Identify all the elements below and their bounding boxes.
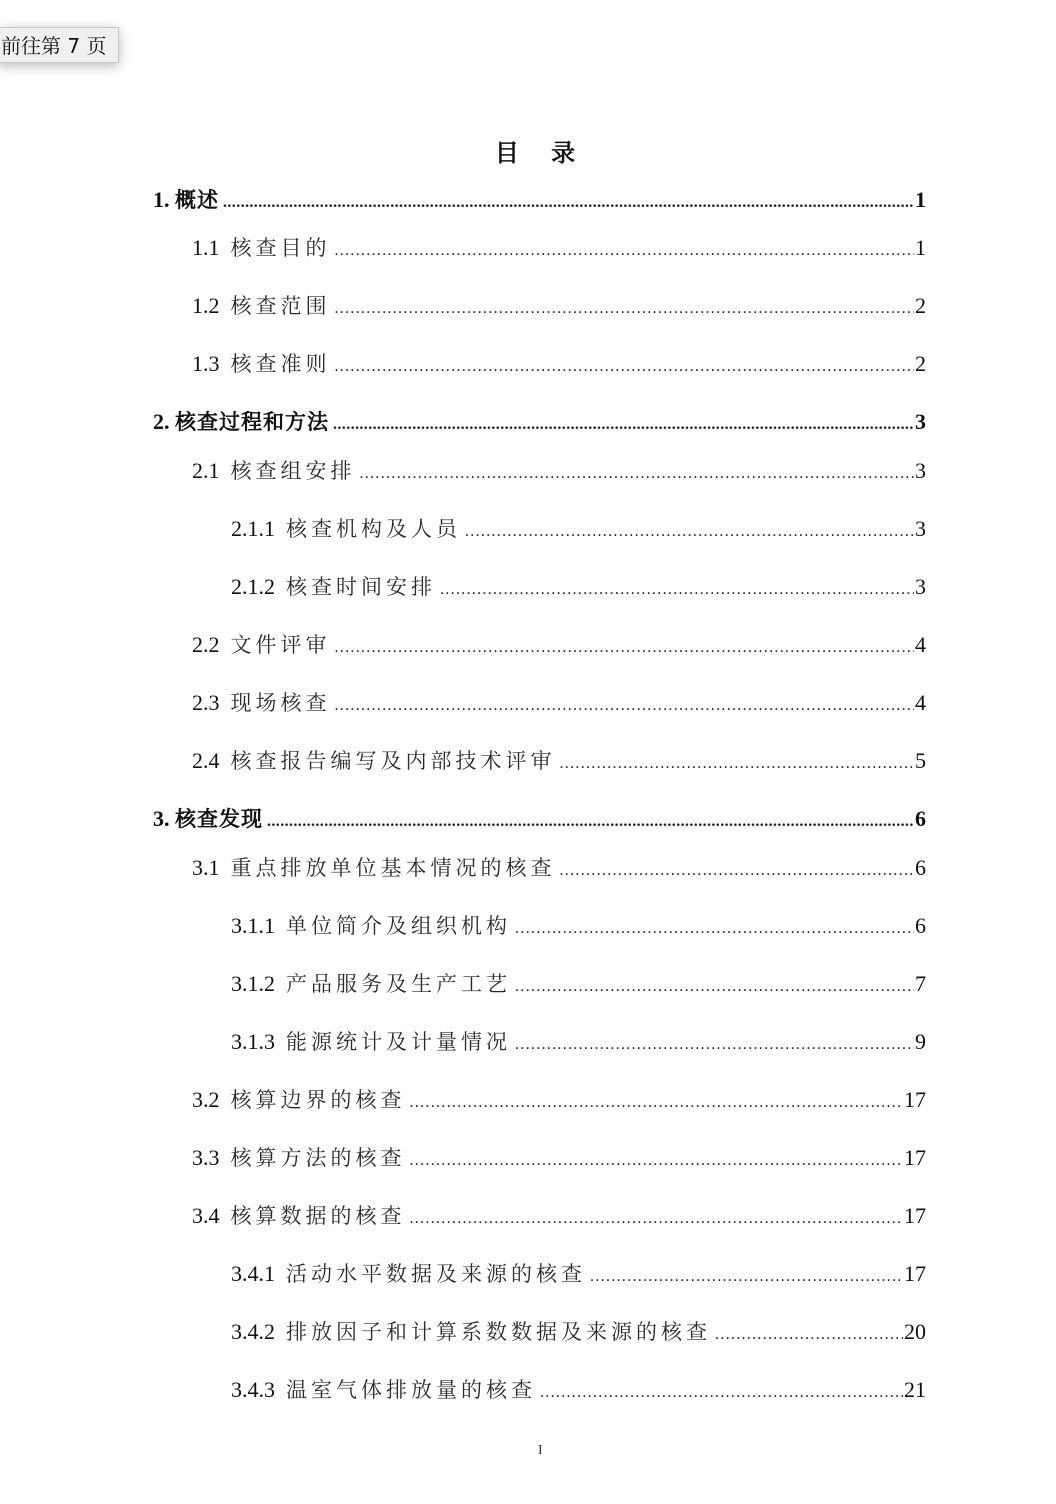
toc-entry-spacer xyxy=(220,745,231,777)
toc-dot-leader xyxy=(333,409,914,441)
toc-dot-leader xyxy=(410,1087,904,1119)
toc-title: 目 录 xyxy=(0,133,1056,168)
toc-entry-page: 17 xyxy=(904,1258,926,1290)
toc-entry[interactable]: 3.4.1 活动水平数据及来源的核查17 xyxy=(231,1258,926,1290)
toc-entry[interactable]: 1.2 核查范围2 xyxy=(192,290,926,322)
toc-dot-leader xyxy=(335,632,915,664)
toc-entry-title: 产品服务及生产工艺 xyxy=(286,968,511,1000)
toc-entry-title: 核查报告编写及内部技术评审 xyxy=(231,745,556,777)
toc-entry-title: 核查范围 xyxy=(231,290,331,322)
toc-entry-spacer xyxy=(275,1026,286,1058)
toc-entry-page: 6 xyxy=(915,852,926,884)
page-footer-number: I xyxy=(538,1444,542,1458)
toc-entry-number: 3.1.2 xyxy=(231,968,275,1000)
toc-entry-number: 3.4 xyxy=(192,1200,220,1232)
toc-entry-title: 核算方法的核查 xyxy=(231,1142,406,1174)
toc-entry-page: 17 xyxy=(904,1142,926,1174)
toc-entry-spacer xyxy=(220,1200,231,1232)
toc-entry-title: 核查机构及人员 xyxy=(286,513,461,545)
toc-entry[interactable]: 3.1.3 能源统计及计量情况9 xyxy=(231,1026,926,1058)
toc-entry[interactable]: 2.3 现场核查4 xyxy=(192,687,926,719)
toc-entry-title: 文件评审 xyxy=(231,629,331,661)
toc-entry-number: 3.4.3 xyxy=(231,1374,275,1406)
toc-entry[interactable]: 2.1.2 核查时间安排3 xyxy=(231,571,926,603)
toc-entry-spacer xyxy=(220,455,231,487)
toc-entry[interactable]: 3.4.2 排放因子和计算系数数据及来源的核查20 xyxy=(231,1316,926,1348)
toc-entry-number: 2.1.1 xyxy=(231,513,275,545)
toc-entry-spacer xyxy=(275,968,286,1000)
toc-entry-page: 5 xyxy=(915,745,926,777)
toc-entry[interactable]: 1. 概述1 xyxy=(153,184,926,216)
toc-dot-leader xyxy=(540,1377,903,1409)
toc-entry[interactable]: 3.1.2 产品服务及生产工艺7 xyxy=(231,968,926,1000)
toc-entry-number: 2.1 xyxy=(192,455,220,487)
toc-entry-title: 核算数据的核查 xyxy=(231,1200,406,1232)
toc-entry-title: 核查组安排 xyxy=(231,455,356,487)
toc-entry-spacer xyxy=(220,852,231,884)
toc-entry[interactable]: 1.3 核查准则2 xyxy=(192,348,926,380)
toc-entry-page: 4 xyxy=(915,629,926,661)
toc-entry[interactable]: 2.4 核查报告编写及内部技术评审5 xyxy=(192,745,926,777)
toc-entry-title: 现场核查 xyxy=(231,687,331,719)
toc-entry-spacer xyxy=(275,513,286,545)
toc-entry-number: 3.4.1 xyxy=(231,1258,275,1290)
toc-entry[interactable]: 3.3 核算方法的核查17 xyxy=(192,1142,926,1174)
toc-entry-spacer xyxy=(220,687,231,719)
toc-entry-title: 核查过程和方法 xyxy=(175,406,329,438)
toc-entry-title: 核查准则 xyxy=(231,348,331,380)
toc-dot-leader xyxy=(335,235,915,267)
toc-entry-title: 重点排放单位基本情况的核查 xyxy=(231,852,556,884)
toc-dot-leader xyxy=(715,1319,903,1351)
toc-dot-leader xyxy=(335,293,915,325)
toc-entry-page: 2 xyxy=(915,348,926,380)
toc-dot-leader xyxy=(440,574,914,606)
toc-entry-number: 1. xyxy=(153,184,170,216)
toc-entry-page: 3 xyxy=(915,455,926,487)
toc-entry-number: 2.3 xyxy=(192,687,220,719)
toc-entry-title: 能源统计及计量情况 xyxy=(286,1026,511,1058)
toc-entry-spacer xyxy=(220,290,231,322)
toc-entry-number: 3.1.3 xyxy=(231,1026,275,1058)
toc-entry-number: 3. xyxy=(153,803,170,835)
toc-entry-spacer xyxy=(220,1084,231,1116)
goto-page-button[interactable]: 前往第 7 页 xyxy=(0,27,119,63)
toc-dot-leader xyxy=(515,1029,914,1061)
toc-entry-title: 核查目的 xyxy=(231,232,331,264)
toc-entry-number: 2.1.2 xyxy=(231,571,275,603)
toc-entry-page: 7 xyxy=(915,968,926,1000)
toc-entry-page: 9 xyxy=(915,1026,926,1058)
toc-entry-number: 3.1.1 xyxy=(231,910,275,942)
toc-entry-page: 17 xyxy=(904,1084,926,1116)
toc-dot-leader xyxy=(560,748,915,780)
toc-entry-number: 2. xyxy=(153,406,170,438)
toc-entry-number: 3.1 xyxy=(192,852,220,884)
toc-entry-page: 2 xyxy=(915,290,926,322)
toc-entry-page: 1 xyxy=(915,232,926,264)
toc-entry-spacer xyxy=(220,232,231,264)
toc-entry-number: 2.4 xyxy=(192,745,220,777)
toc-entry-title: 温室气体排放量的核查 xyxy=(286,1374,536,1406)
toc-entry[interactable]: 2.1.1 核查机构及人员3 xyxy=(231,513,926,545)
toc-entry[interactable]: 3.1.1 单位简介及组织机构6 xyxy=(231,910,926,942)
toc-entry-number: 3.2 xyxy=(192,1084,220,1116)
toc-entry-number: 2.2 xyxy=(192,629,220,661)
toc-dot-leader xyxy=(560,855,915,887)
toc-dot-leader xyxy=(515,913,914,945)
toc-entry[interactable]: 3.2 核算边界的核查17 xyxy=(192,1084,926,1116)
toc-entry[interactable]: 2. 核查过程和方法3 xyxy=(153,406,926,438)
toc-entry-spacer xyxy=(220,629,231,661)
toc-entry-number: 1.1 xyxy=(192,232,220,264)
toc-entry[interactable]: 1.1 核查目的1 xyxy=(192,232,926,264)
toc-entry[interactable]: 3.1 重点排放单位基本情况的核查6 xyxy=(192,852,926,884)
toc-entry-spacer xyxy=(220,348,231,380)
toc-entry-title: 活动水平数据及来源的核查 xyxy=(286,1258,586,1290)
toc-entry-spacer xyxy=(220,1142,231,1174)
toc-entry-title: 排放因子和计算系数数据及来源的核查 xyxy=(286,1316,711,1348)
toc-entry[interactable]: 2.1 核查组安排3 xyxy=(192,455,926,487)
toc-entry-page: 6 xyxy=(915,803,926,835)
toc-entry-spacer xyxy=(275,1316,286,1348)
toc-entry-page: 17 xyxy=(904,1200,926,1232)
toc-entry-number: 1.3 xyxy=(192,348,220,380)
toc-entry-spacer xyxy=(275,910,286,942)
toc-entry[interactable]: 3. 核查发现6 xyxy=(153,803,926,835)
toc-entry-spacer xyxy=(275,571,286,603)
toc-entry-title: 核查发现 xyxy=(175,803,263,835)
toc-entry-page: 4 xyxy=(915,687,926,719)
toc-entry-title: 概述 xyxy=(175,184,219,216)
toc-entry-page: 6 xyxy=(915,910,926,942)
toc-entry[interactable]: 3.4 核算数据的核查17 xyxy=(192,1200,926,1232)
toc-entry-title: 核算边界的核查 xyxy=(231,1084,406,1116)
toc-entry-number: 1.2 xyxy=(192,290,220,322)
toc-entry-title: 单位简介及组织机构 xyxy=(286,910,511,942)
toc-entry-spacer xyxy=(275,1258,286,1290)
toc-entry[interactable]: 3.4.3 温室气体排放量的核查21 xyxy=(231,1374,926,1406)
toc-dot-leader xyxy=(410,1203,904,1235)
toc-dot-leader xyxy=(335,351,915,383)
toc-dot-leader xyxy=(223,187,914,219)
toc-dot-leader xyxy=(335,690,915,722)
toc-entry-page: 3 xyxy=(915,513,926,545)
toc-dot-leader xyxy=(590,1261,903,1293)
toc-entry-number: 3.4.2 xyxy=(231,1316,275,1348)
toc-entry-page: 20 xyxy=(904,1316,926,1348)
toc-dot-leader xyxy=(465,516,914,548)
toc-entry[interactable]: 2.2 文件评审4 xyxy=(192,629,926,661)
toc-dot-leader xyxy=(410,1145,904,1177)
toc-entry-page: 21 xyxy=(904,1374,926,1406)
toc-entry-page: 1 xyxy=(915,184,926,216)
toc-entry-spacer xyxy=(275,1374,286,1406)
toc-entry-page: 3 xyxy=(915,406,926,438)
toc-entry-title: 核查时间安排 xyxy=(286,571,436,603)
toc-dot-leader xyxy=(267,806,914,838)
toc-entry-page: 3 xyxy=(915,571,926,603)
toc-entry-number: 3.3 xyxy=(192,1142,220,1174)
toc-dot-leader xyxy=(360,458,915,490)
toc-dot-leader xyxy=(515,971,914,1003)
